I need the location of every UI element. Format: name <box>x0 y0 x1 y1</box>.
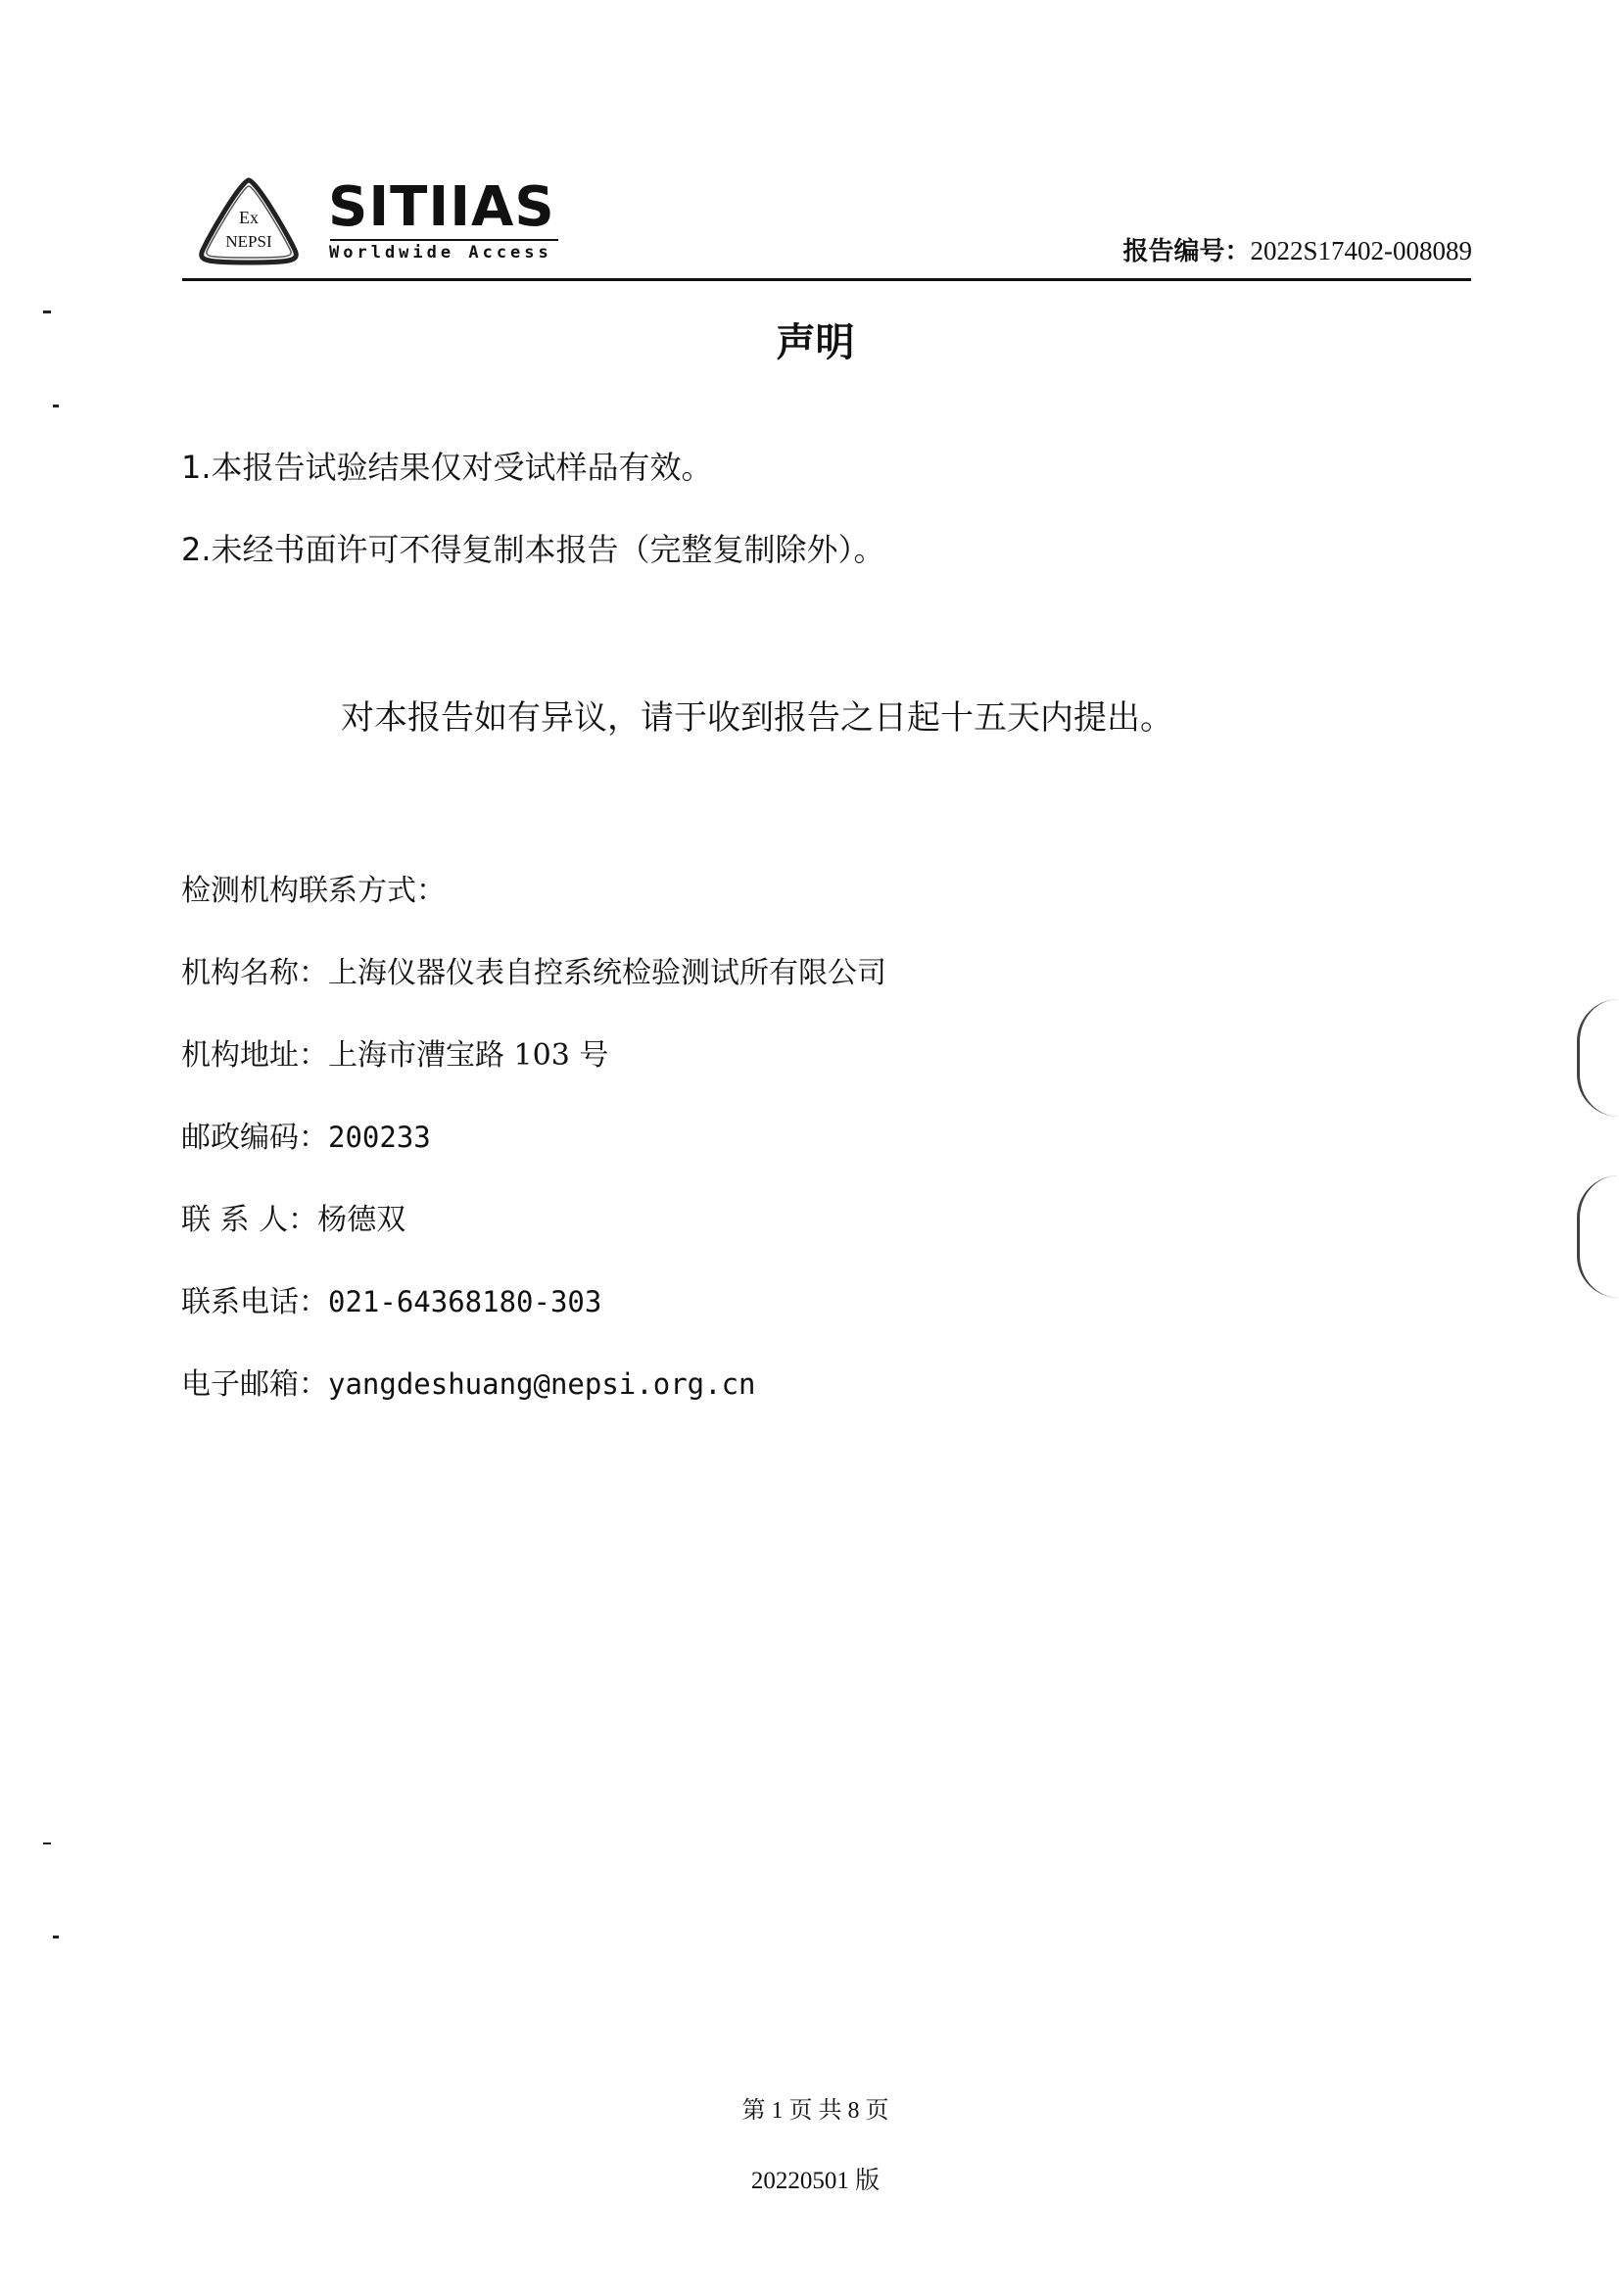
field-value: 上海市漕宝路 103 号 <box>328 1038 608 1073</box>
partial-seal-stamp <box>1577 999 1619 1117</box>
field-value: 200233 <box>328 1121 431 1154</box>
contact-institution-name: 机构名称：上海仪器仪表自控系统检验测试所有限公司 <box>181 948 886 991</box>
field-label: 联 系 人： <box>181 1203 317 1237</box>
field-label: 机构地址： <box>181 1038 328 1073</box>
field-value: 021-64368180-303 <box>328 1285 601 1318</box>
field-value: 上海仪器仪表自控系统检验测试所有限公司 <box>328 956 886 990</box>
contact-address: 机构地址：上海市漕宝路 103 号 <box>181 1030 608 1074</box>
scan-speck <box>43 1842 51 1844</box>
field-value: yangdeshuang@nepsi.org.cn <box>328 1367 756 1401</box>
report-number-value: 2022S17402-008089 <box>1250 236 1472 265</box>
svg-text:NEPSI: NEPSI <box>225 232 272 251</box>
scan-speck <box>43 311 51 313</box>
logo-rule <box>330 239 558 241</box>
scan-speck <box>53 1936 59 1938</box>
contact-heading: 检测机构联系方式： <box>181 866 446 909</box>
scan-speck <box>53 405 59 407</box>
partial-seal-stamp <box>1577 1175 1619 1298</box>
field-value: 杨德双 <box>317 1203 405 1237</box>
version-label: 20220501 版 <box>0 2161 1619 2196</box>
svg-text:Ex: Ex <box>239 208 259 227</box>
field-label: 机构名称： <box>181 956 328 990</box>
logo-wordmark: SITIIAS <box>328 180 555 235</box>
logo-tagline: Worldwide Access <box>329 243 552 263</box>
statement-1: 1.本报告试验结果仅对受试样品有效。 <box>181 443 713 488</box>
page-number: 第 1 页 共 8 页 <box>0 2090 1619 2125</box>
contact-phone: 联系电话：021-64368180-303 <box>181 1277 601 1320</box>
field-label: 电子邮箱： <box>181 1367 328 1402</box>
report-number-label: 报告编号： <box>1122 237 1250 266</box>
contact-email: 电子邮箱：yangdeshuang@nepsi.org.cn <box>181 1360 756 1403</box>
field-label: 邮政编码： <box>181 1121 328 1155</box>
statement-2: 2.未经书面许可不得复制本报告（完整复制除外）。 <box>181 525 885 570</box>
nepsi-emblem-icon: Ex NEPSI <box>196 176 302 266</box>
report-number: 报告编号：2022S17402-008089 <box>1122 231 1472 267</box>
objection-notice: 对本报告如有异议，请于收到报告之日起十五天内提出。 <box>341 691 1173 739</box>
contact-postal-code: 邮政编码：200233 <box>181 1113 431 1156</box>
page-title: 声明 <box>0 311 1619 367</box>
contact-person: 联 系 人：杨德双 <box>181 1195 405 1238</box>
header-divider <box>182 278 1471 281</box>
field-label: 联系电话： <box>181 1285 328 1319</box>
